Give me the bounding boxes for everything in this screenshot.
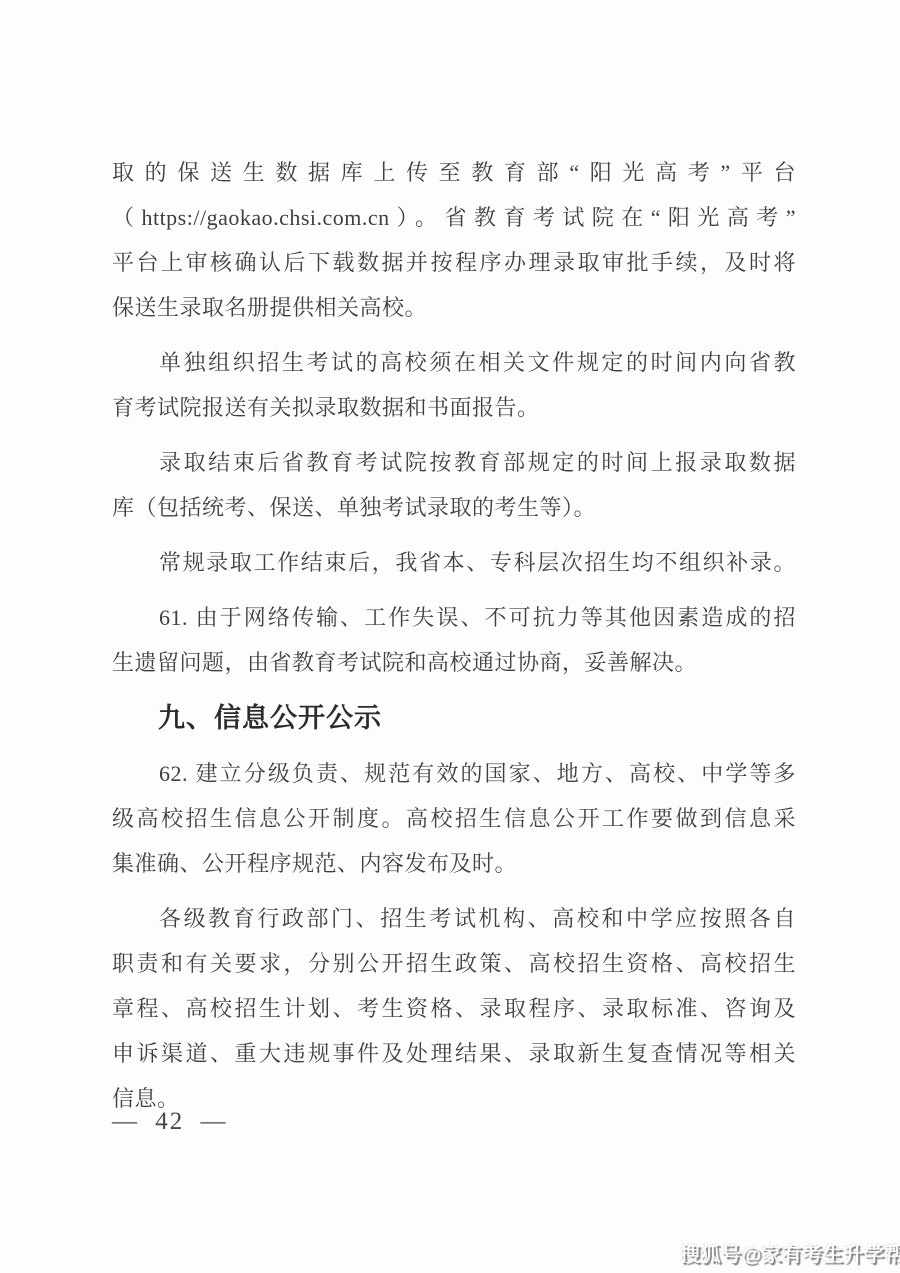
paragraph-item-62: 62. 建立分级负责、规范有效的国家、地方、高校、中学等多 级高校招生信息公开制… (112, 751, 796, 886)
section-heading-xinxi-gongkai: 九、信息公开公示 (112, 695, 796, 741)
text-line: 取的保送生数据库上传至教育部“阳光高考”平台 (112, 150, 796, 195)
text-line-url: （https://gaokao.chsi.com.cn）。省教育考试院在“阳光高… (112, 195, 796, 240)
text-line: 职责和有关要求，分别公开招生政策、高校招生资格、高校招生 (112, 941, 796, 986)
text-line: 库（包括统考、保送、单独考试录取的考生等）。 (112, 485, 796, 530)
text-line: 常规录取工作结束后，我省本、专科层次招生均不组织补录。 (112, 540, 796, 585)
document-body: 取的保送生数据库上传至教育部“阳光高考”平台 （https://gaokao.c… (112, 150, 796, 1131)
text-line: 生遗留问题，由省教育考试院和高校通过协商，妥善解决。 (112, 640, 796, 685)
text-line: 保送生录取名册提供相关高校。 (112, 285, 796, 330)
sohu-watermark: 搜狐号@家有考生升学帮 (680, 1238, 900, 1267)
page-number: — 42 — (112, 1108, 228, 1136)
paragraph-geji-bumen: 各级教育行政部门、招生考试机构、高校和中学应按照各自 职责和有关要求，分别公开招… (112, 896, 796, 1121)
text-line: 级高校招生信息公开制度。高校招生信息公开工作要做到信息采 (112, 796, 796, 841)
text-line: 各级教育行政部门、招生考试机构、高校和中学应按照各自 (112, 896, 796, 941)
text-line: 61. 由于网络传输、工作失误、不可抗力等其他因素造成的招 (112, 595, 796, 640)
text-line: 集准确、公开程序规范、内容发布及时。 (112, 841, 796, 886)
text-line: 单独组织招生考试的高校须在相关文件规定的时间内向省教 (112, 340, 796, 385)
text-line: 申诉渠道、重大违规事件及处理结果、录取新生复查情况等相关 (112, 1031, 796, 1076)
paragraph-baosong: 取的保送生数据库上传至教育部“阳光高考”平台 （https://gaokao.c… (112, 150, 796, 330)
text-line: 录取结束后省教育考试院按教育部规定的时间上报录取数据 (112, 440, 796, 485)
text-line: 章程、高校招生计划、考生资格、录取程序、录取标准、咨询及 (112, 986, 796, 1031)
paragraph-item-61: 61. 由于网络传输、工作失误、不可抗力等其他因素造成的招 生遗留问题，由省教育… (112, 595, 796, 685)
text-line: 62. 建立分级负责、规范有效的国家、地方、高校、中学等多 (112, 751, 796, 796)
text-line: 育考试院报送有关拟录取数据和书面报告。 (112, 385, 796, 430)
paragraph-changgui: 常规录取工作结束后，我省本、专科层次招生均不组织补录。 (112, 540, 796, 585)
paragraph-dandu: 单独组织招生考试的高校须在相关文件规定的时间内向省教 育考试院报送有关拟录取数据… (112, 340, 796, 430)
scanned-document-page: 取的保送生数据库上传至教育部“阳光高考”平台 （https://gaokao.c… (0, 0, 900, 1273)
paragraph-luqu-jieshu: 录取结束后省教育考试院按教育部规定的时间上报录取数据 库（包括统考、保送、单独考… (112, 440, 796, 530)
text-line: 平台上审核确认后下载数据并按程序办理录取审批手续，及时将 (112, 240, 796, 285)
